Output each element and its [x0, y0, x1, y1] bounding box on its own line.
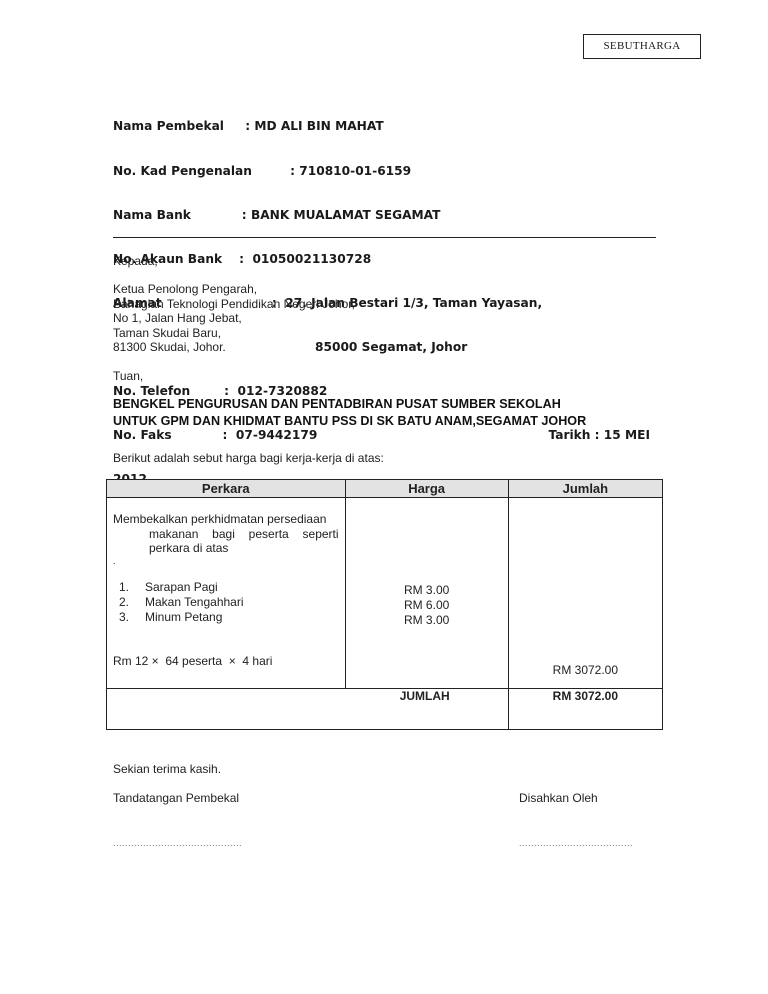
quotation-table: Perkara Harga Jumlah Membekalkan perkhid…: [106, 479, 663, 730]
supplier-name-row: Nama Pembekal : MD ALI BIN MAHAT: [113, 119, 650, 134]
list-number: 1.: [119, 580, 129, 595]
calculation-text: Rm 12 × 64 peserta × 4 hari: [113, 654, 339, 669]
description-line: makanan bagi peserta seperti: [113, 527, 339, 542]
list-item: 1.Sarapan Pagi: [113, 580, 339, 595]
list-number: 3.: [119, 610, 129, 625]
description-dot: .: [113, 556, 339, 566]
total-label-cell: JUMLAH: [107, 689, 509, 730]
item-cell: Membekalkan perkhidmatan persediaan maka…: [107, 498, 346, 689]
field-label: No. Kad Pengenalan: [113, 164, 252, 178]
recipient-line: No 1, Jalan Hang Jebat,: [113, 311, 355, 326]
recipient-address: Ketua Penolong Pengarah, Bahagian Teknol…: [113, 282, 355, 355]
separator: :: [222, 252, 252, 266]
field-label: Nama Bank: [113, 208, 191, 222]
date: Tarikh : 15 MEI: [549, 428, 651, 443]
separator: :: [252, 164, 299, 178]
list-item: 3.Minum Petang: [113, 610, 339, 625]
closing-text: Sekian terima kasih.: [113, 762, 221, 777]
column-header-item: Perkara: [107, 480, 346, 498]
supplier-signature-label: Tandatangan Pembekal: [113, 791, 239, 806]
recipient-line: 81300 Skudai, Johor.: [113, 340, 355, 355]
separator: :: [224, 119, 254, 133]
approver-signature-line: ......................................: [519, 838, 633, 848]
meal-name: Sarapan Pagi: [133, 580, 218, 594]
list-item: 2.Makan Tengahhari: [113, 595, 339, 610]
document-type-stamp: SEBUTHARGA: [583, 34, 701, 59]
header-divider: [113, 237, 656, 238]
salutation: Tuan,: [113, 369, 143, 384]
intro-text: Berikut adalah sebut harga bagi kerja-ke…: [113, 451, 384, 466]
amount-cell: RM 3072.00: [508, 498, 662, 689]
column-header-price: Harga: [345, 480, 508, 498]
field-label: No. Faks: [113, 428, 172, 442]
subject-heading: BENGKEL PENGURUSAN DAN PENTADBIRAN PUSAT…: [113, 396, 586, 430]
bank-name-row: Nama Bank : BANK MUALAMAT SEGAMAT: [113, 208, 650, 223]
meal-name: Minum Petang: [133, 610, 222, 624]
price-list: RM 3.00 RM 6.00 RM 3.00: [346, 498, 508, 628]
recipient-greeting: Kepada,: [113, 254, 158, 269]
total-value-cell: RM 3072.00: [508, 689, 662, 730]
description-line: perkara di atas: [113, 541, 339, 556]
recipient-line: Bahagian Teknologi Pendidikan Negeri Joh…: [113, 297, 355, 312]
supplier-name: MD ALI BIN MAHAT: [254, 119, 383, 133]
price-cell: RM 3.00 RM 6.00 RM 3.00: [345, 498, 508, 689]
field-label: Nama Pembekal: [113, 119, 224, 133]
description-line: Membekalkan perkhidmatan persediaan: [113, 512, 339, 527]
price-value: RM 3.00: [346, 583, 508, 598]
item-description: Membekalkan perkhidmatan persediaan maka…: [107, 498, 345, 668]
total-value: RM 3072.00: [553, 689, 618, 703]
fax-row: No. Faks : 07-9442179Tarikh : 15 MEI: [113, 428, 650, 443]
subtotal-value: RM 3072.00: [509, 498, 662, 677]
meal-list: 1.Sarapan Pagi 2.Makan Tengahhari 3.Minu…: [113, 580, 339, 625]
table-row: Membekalkan perkhidmatan persediaan maka…: [107, 498, 663, 689]
total-row: JUMLAH RM 3072.00: [107, 689, 663, 730]
supplier-signature-line: ........................................…: [113, 838, 242, 848]
separator: :: [191, 208, 251, 222]
total-label: JUMLAH: [400, 689, 450, 703]
bank-account-row: No. Akaun Bank : 01050021130728: [113, 252, 650, 267]
table-header-row: Perkara Harga Jumlah: [107, 480, 663, 498]
ic-number-row: No. Kad Pengenalan : 710810-01-6159: [113, 164, 650, 179]
approver-signature-label: Disahkan Oleh: [519, 791, 598, 806]
price-value: RM 3.00: [346, 613, 508, 628]
recipient-line: Taman Skudai Baru,: [113, 326, 355, 341]
fax-number: 07-9442179: [236, 428, 317, 442]
subject-line-1: BENGKEL PENGURUSAN DAN PENTADBIRAN PUSAT…: [113, 396, 586, 413]
list-number: 2.: [119, 595, 129, 610]
bank-name: BANK MUALAMAT SEGAMAT: [251, 208, 441, 222]
meal-name: Makan Tengahhari: [133, 595, 244, 609]
ic-number: 710810-01-6159: [299, 164, 411, 178]
bank-account: 01050021130728: [252, 252, 371, 266]
subject-line-2: UNTUK GPM DAN KHIDMAT BANTU PSS DI SK BA…: [113, 413, 586, 430]
recipient-line: Ketua Penolong Pengarah,: [113, 282, 355, 297]
separator: :: [172, 428, 236, 442]
column-header-total: Jumlah: [508, 480, 662, 498]
price-value: RM 6.00: [346, 598, 508, 613]
